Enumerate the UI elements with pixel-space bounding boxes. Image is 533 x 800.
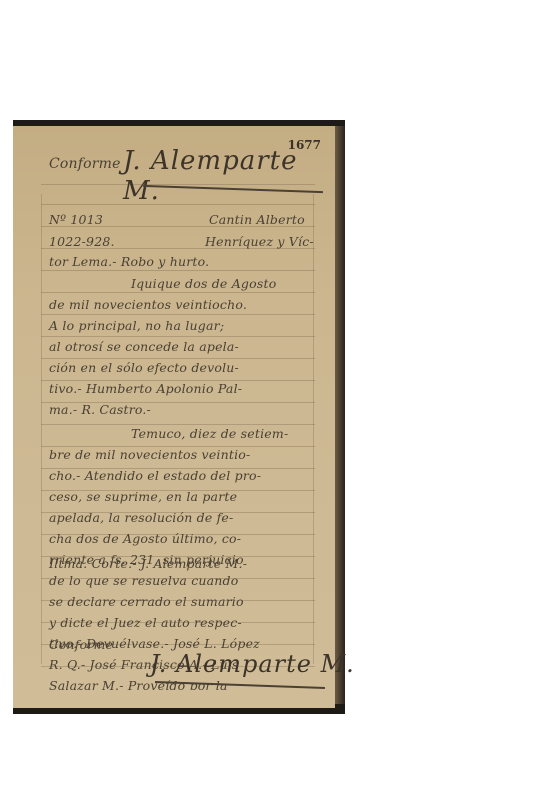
ruled-line	[41, 292, 315, 293]
case-number: Nº 1013	[49, 212, 103, 227]
case-parties-1: Cantin Alberto	[209, 212, 305, 227]
scanned-ledger-page: 1677 Conforme J. Alemparte M. Nº 1013	[13, 120, 345, 714]
margin-line	[313, 194, 314, 664]
body-line: A lo principal, no ha lugar;	[49, 318, 224, 333]
body-line: de lo que se resuelva cuando	[49, 573, 238, 588]
body-line: se declare cerrado el sumario	[49, 594, 244, 609]
header-conforme: Conforme	[49, 156, 121, 172]
ruled-line	[41, 424, 315, 425]
header-signature: J. Alemparte M.	[123, 146, 335, 206]
ruled-line	[41, 336, 315, 337]
footer-signature: J. Alemparte M.	[150, 650, 355, 678]
case-parties-2: Henríquez y Víc-	[205, 234, 314, 249]
body-line: al otrosí se concede la apela-	[49, 339, 239, 354]
body-line: Iltma. Corte.- J. Alemparte M.-	[49, 556, 247, 571]
body-line: tivo.- Humberto Apolonio Pal-	[49, 381, 242, 396]
body-line: apelada, la resolución de fe-	[49, 510, 233, 525]
body-line: bre de mil novecientos veintio-	[49, 447, 250, 462]
case-parties-3: tor Lema.- Robo y hurto.	[49, 254, 209, 269]
body-line: ma.- R. Castro.-	[49, 402, 151, 417]
paper-sheet: 1677 Conforme J. Alemparte M. Nº 1013	[13, 126, 335, 704]
body-line: cha dos de Agosto último, co-	[49, 531, 241, 546]
ruled-line	[41, 358, 315, 359]
body-line-conforme: Conforme	[49, 637, 113, 652]
body-line: y dicte el Juez el auto respec-	[49, 615, 242, 630]
body-line: ceso, se suprime, en la parte	[49, 489, 237, 504]
paper-sheet-bottom	[13, 690, 335, 708]
binding-bottom	[13, 708, 345, 714]
ruled-line	[41, 270, 315, 271]
case-code: 1022-928.	[49, 234, 115, 249]
page-edge-shadow	[335, 126, 345, 704]
ruled-line	[41, 314, 315, 315]
body-line: de mil novecientos veintiocho.	[49, 297, 247, 312]
body-line: Temuco, diez de setiem-	[131, 426, 288, 441]
body-line: ción en el sólo efecto devolu-	[49, 360, 239, 375]
margin-line	[41, 194, 42, 664]
body-line: cho.- Atendido el estado del pro-	[49, 468, 261, 483]
body-line: Iquique dos de Agosto	[131, 276, 276, 291]
